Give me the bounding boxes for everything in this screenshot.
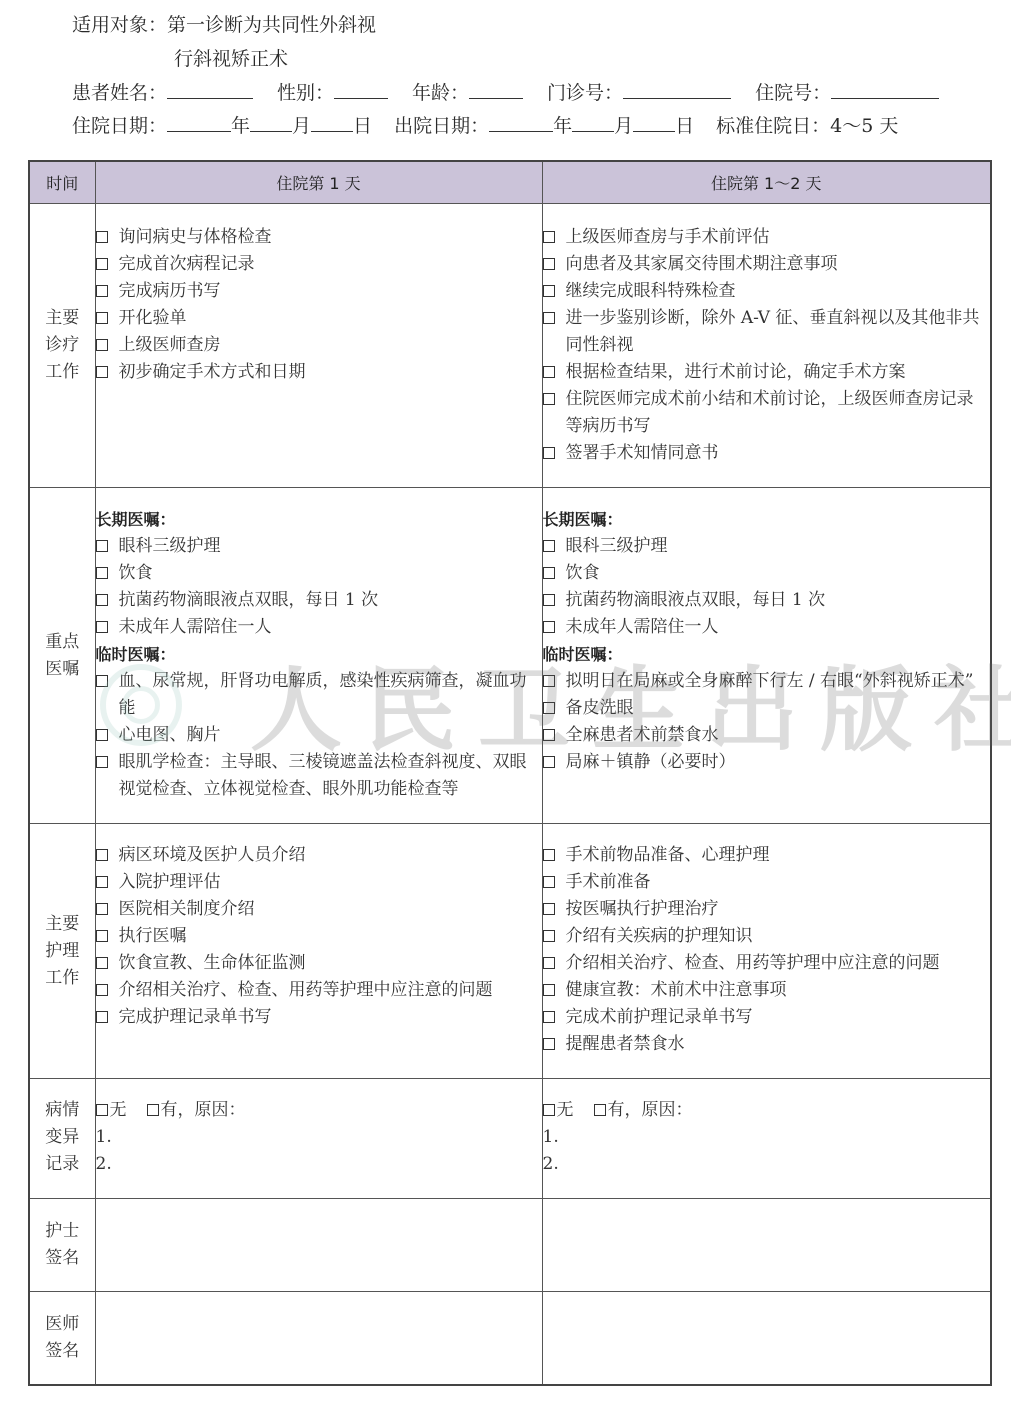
row-label-diagnosis: 主要诊疗工作: [29, 204, 95, 488]
discharge-day-field[interactable]: [633, 113, 675, 132]
standard-stay-label: 标准住院日：: [716, 115, 830, 137]
checklist-item[interactable]: 执行医嘱: [96, 923, 542, 950]
discharge-date-label: 出院日期：: [394, 115, 489, 137]
variance-line-2[interactable]: 2.: [543, 1151, 991, 1178]
checkbox-icon[interactable]: [543, 930, 555, 942]
checkbox-icon[interactable]: [543, 876, 555, 888]
checkbox-icon[interactable]: [543, 231, 555, 243]
checkbox-icon[interactable]: [543, 849, 555, 861]
checkbox-icon[interactable]: [96, 312, 108, 324]
year-label: 年: [231, 115, 250, 137]
checklist-item[interactable]: 全麻患者术前禁食水: [543, 722, 991, 749]
checkbox-icon[interactable]: [96, 903, 108, 915]
checkbox-icon[interactable]: [543, 729, 555, 741]
checklist-item[interactable]: 医院相关制度介绍: [96, 896, 542, 923]
temporary-orders-heading: 临时医嘱：: [543, 641, 991, 668]
checkbox-icon[interactable]: [96, 285, 108, 297]
checklist-item[interactable]: 入院护理评估: [96, 869, 542, 896]
checklist-item[interactable]: 初步确定手术方式和日期: [96, 359, 542, 386]
checklist-item[interactable]: 病区环境及医护人员介绍: [96, 842, 542, 869]
checklist-item[interactable]: 饮食: [543, 560, 991, 587]
checkbox-icon[interactable]: [96, 540, 108, 552]
row-nurse-sign: 护士签名: [29, 1199, 991, 1292]
applicable-value: 第一诊断为共同性外斜视: [167, 14, 376, 36]
checkbox-icon[interactable]: [543, 285, 555, 297]
checkbox-icon[interactable]: [96, 729, 108, 741]
row-orders: 重点医嘱 长期医嘱： 眼科三级护理 饮食 抗菌药物滴眼液点双眼，每日 1 次 未…: [29, 488, 991, 824]
checklist-item[interactable]: 根据检查结果，进行术前讨论，确定手术方案: [543, 359, 991, 386]
inpatient-no-label: 住院号：: [755, 82, 831, 104]
checklist-item[interactable]: 住院医师完成术前小结和术前讨论，上级医师查房记录等病历书写: [543, 386, 991, 440]
checkbox-icon[interactable]: [96, 231, 108, 243]
admission-day-field[interactable]: [311, 113, 353, 132]
applicable-value-cont: 行斜视矫正术: [174, 48, 288, 70]
checklist-item[interactable]: 健康宣教：术前术中注意事项: [543, 977, 991, 1004]
row-label-orders: 重点医嘱: [29, 488, 95, 824]
patient-info-line: 患者姓名：性别：年龄：门诊号：住院号：: [72, 80, 939, 107]
dates-line: 住院日期：年月日出院日期：年月日标准住院日：4～5 天: [72, 113, 898, 140]
checkbox-icon[interactable]: [96, 1011, 108, 1023]
checklist-item[interactable]: 上级医师查房与手术前评估: [543, 224, 991, 251]
checkbox-icon[interactable]: [543, 594, 555, 606]
gender-field[interactable]: [334, 80, 388, 99]
variance-line-1[interactable]: 1.: [543, 1124, 991, 1151]
checkbox-icon[interactable]: [543, 393, 555, 405]
variance-line-1[interactable]: 1.: [96, 1124, 542, 1151]
doctor-sign-day1-field[interactable]: [95, 1292, 542, 1385]
checkbox-icon[interactable]: [96, 849, 108, 861]
diagnosis-day2: 上级医师查房与手术前评估 向患者及其家属交待围术期注意事项 继续完成眼科特殊检查…: [542, 204, 991, 488]
outpatient-no-label: 门诊号：: [547, 82, 623, 104]
table-header-row: 时间 住院第 1 天 住院第 1～2 天: [29, 161, 991, 204]
month-label: 月: [292, 115, 311, 137]
row-variance: 病情变异记录 无有，原因： 1. 2. 无有，原因： 1. 2.: [29, 1079, 991, 1199]
nurse-sign-day2-field[interactable]: [542, 1199, 991, 1292]
checkbox-icon[interactable]: [543, 567, 555, 579]
checklist-item[interactable]: 饮食宣教、生命体征监测: [96, 950, 542, 977]
checkbox-icon[interactable]: [543, 675, 555, 687]
checklist-item[interactable]: 按医嘱执行护理治疗: [543, 896, 991, 923]
day-label: 日: [353, 115, 372, 137]
checklist-item[interactable]: 备皮洗眼: [543, 695, 991, 722]
checklist-item[interactable]: 签署手术知情同意书: [543, 440, 991, 467]
checkbox-icon[interactable]: [543, 366, 555, 378]
variance-day2: 无有，原因： 1. 2.: [542, 1079, 991, 1199]
year-label: 年: [553, 115, 572, 137]
patient-name-label: 患者姓名：: [72, 82, 167, 104]
variance-options: 无有，原因：: [543, 1097, 991, 1124]
outpatient-no-field[interactable]: [623, 80, 731, 99]
checklist-item[interactable]: 提醒患者禁食水: [543, 1031, 991, 1058]
nurse-sign-day1-field[interactable]: [95, 1199, 542, 1292]
checklist-item[interactable]: 局麻＋镇静（必要时）: [543, 749, 991, 776]
yes-reason-label: 有，原因：: [608, 1100, 693, 1120]
checklist-item[interactable]: 介绍相关治疗、检查、用药等护理中应注意的问题: [96, 977, 542, 1004]
none-label: 无: [557, 1100, 574, 1120]
variance-line-2[interactable]: 2.: [96, 1151, 542, 1178]
standard-stay-value: 4～5 天: [830, 115, 898, 137]
checkbox-icon[interactable]: [96, 756, 108, 768]
admission-month-field[interactable]: [250, 113, 292, 132]
checklist-item[interactable]: 拟明日在局麻或全身麻醉下行左 / 右眼“外斜视矫正术”: [543, 668, 991, 695]
checklist-item[interactable]: 完成病历书写: [96, 278, 542, 305]
checkbox-icon[interactable]: [543, 702, 555, 714]
variance-day1: 无有，原因： 1. 2.: [95, 1079, 542, 1199]
month-label: 月: [614, 115, 633, 137]
long-term-orders-heading: 长期医嘱：: [96, 506, 542, 533]
row-label-nurse-sign: 护士签名: [29, 1199, 95, 1292]
gender-label: 性别：: [277, 82, 334, 104]
checklist-item[interactable]: 完成首次病程记录: [96, 251, 542, 278]
checklist-item[interactable]: 完成术前护理记录单书写: [543, 1004, 991, 1031]
checkbox-icon[interactable]: [543, 957, 555, 969]
checkbox-icon[interactable]: [543, 1038, 555, 1050]
checkbox-icon[interactable]: [543, 984, 555, 996]
day-label: 日: [675, 115, 694, 137]
checklist-item[interactable]: 继续完成眼科特殊检查: [543, 278, 991, 305]
diagnosis-day1: 询问病史与体格检查 完成首次病程记录 完成病历书写 开化验单 上级医师查房 初步…: [95, 204, 542, 488]
checklist-item[interactable]: 抗菌药物滴眼液点双眼，每日 1 次: [543, 587, 991, 614]
checklist-item[interactable]: 介绍有关疾病的护理知识: [543, 923, 991, 950]
age-label: 年龄：: [412, 82, 469, 104]
checkbox-yes[interactable]: [594, 1104, 606, 1116]
checkbox-icon[interactable]: [543, 540, 555, 552]
row-label-variance: 病情变异记录: [29, 1079, 95, 1199]
row-label-nursing: 主要护理工作: [29, 824, 95, 1079]
checklist-item[interactable]: 眼肌学检查：主导眼、三棱镜遮盖法检查斜视度、双眼视觉检查、立体视觉检查、眼外肌功…: [96, 749, 542, 803]
checklist-item[interactable]: 未成年人需陪住一人: [96, 614, 542, 641]
variance-options: 无有，原因：: [96, 1097, 542, 1124]
admission-date-label: 住院日期：: [72, 115, 167, 137]
checkbox-icon[interactable]: [543, 1011, 555, 1023]
row-label-doctor-sign: 医师签名: [29, 1292, 95, 1385]
row-doctor-sign: 医师签名: [29, 1292, 991, 1385]
checkbox-icon[interactable]: [96, 930, 108, 942]
discharge-month-field[interactable]: [572, 113, 614, 132]
checklist-item[interactable]: 未成年人需陪住一人: [543, 614, 991, 641]
checklist-item[interactable]: 眼科三级护理: [96, 533, 542, 560]
long-term-orders-heading: 长期医嘱：: [543, 506, 991, 533]
checkbox-none[interactable]: [96, 1104, 108, 1116]
discharge-year-field[interactable]: [489, 113, 553, 132]
checkbox-none[interactable]: [543, 1104, 555, 1116]
checklist-item[interactable]: 完成护理记录单书写: [96, 1004, 542, 1031]
checklist-item[interactable]: 抗菌药物滴眼液点双眼，每日 1 次: [96, 587, 542, 614]
admission-year-field[interactable]: [167, 113, 231, 132]
checkbox-yes[interactable]: [147, 1104, 159, 1116]
col-header-day1: 住院第 1 天: [95, 161, 542, 204]
checkbox-icon[interactable]: [96, 876, 108, 888]
age-field[interactable]: [469, 80, 523, 99]
checkbox-icon[interactable]: [543, 312, 555, 324]
nursing-day1: 病区环境及医护人员介绍 入院护理评估 医院相关制度介绍 执行医嘱 饮食宣教、生命…: [95, 824, 542, 1079]
checklist-item[interactable]: 询问病史与体格检查: [96, 224, 542, 251]
nursing-day2: 手术前物品准备、心理护理 手术前准备 按医嘱执行护理治疗 介绍有关疾病的护理知识…: [542, 824, 991, 1079]
checklist-item[interactable]: 上级医师查房: [96, 332, 542, 359]
col-header-day1-2: 住院第 1～2 天: [542, 161, 991, 204]
checklist-item[interactable]: 手术前物品准备、心理护理: [543, 842, 991, 869]
checklist-item[interactable]: 心电图、胸片: [96, 722, 542, 749]
checklist-item[interactable]: 开化验单: [96, 305, 542, 332]
row-diagnosis: 主要诊疗工作 询问病史与体格检查 完成首次病程记录 完成病历书写 开化验单 上级…: [29, 204, 991, 488]
doctor-sign-day2-field[interactable]: [542, 1292, 991, 1385]
checkbox-icon[interactable]: [543, 621, 555, 633]
orders-day2: 长期医嘱： 眼科三级护理 饮食 抗菌药物滴眼液点双眼，每日 1 次 未成年人需陪…: [542, 488, 991, 824]
applicable-label: 适用对象：: [72, 14, 167, 36]
applicable-line-2: 行斜视矫正术: [174, 46, 288, 73]
row-nursing: 主要护理工作 病区环境及医护人员介绍 入院护理评估 医院相关制度介绍 执行医嘱 …: [29, 824, 991, 1079]
clinical-pathway-table: 时间 住院第 1 天 住院第 1～2 天 主要诊疗工作 询问病史与体格检查 完成…: [28, 160, 992, 1386]
checkbox-icon[interactable]: [543, 903, 555, 915]
checkbox-icon[interactable]: [543, 756, 555, 768]
inpatient-no-field[interactable]: [831, 80, 939, 99]
checkbox-icon[interactable]: [96, 366, 108, 378]
checkbox-icon[interactable]: [96, 567, 108, 579]
patient-name-field[interactable]: [167, 80, 253, 99]
temporary-orders-heading: 临时医嘱：: [96, 641, 542, 668]
checklist-item[interactable]: 眼科三级护理: [543, 533, 991, 560]
yes-reason-label: 有，原因：: [161, 1100, 246, 1120]
checklist-item[interactable]: 进一步鉴别诊断，除外 A-V 征、垂直斜视以及其他非共同性斜视: [543, 305, 991, 359]
checkbox-icon[interactable]: [96, 594, 108, 606]
checklist-item[interactable]: 手术前准备: [543, 869, 991, 896]
checkbox-icon[interactable]: [96, 984, 108, 996]
applicable-line-1: 适用对象：第一诊断为共同性外斜视: [72, 12, 376, 39]
col-header-time: 时间: [29, 161, 95, 204]
checklist-item[interactable]: 向患者及其家属交待围术期注意事项: [543, 251, 991, 278]
checklist-item[interactable]: 饮食: [96, 560, 542, 587]
checkbox-icon[interactable]: [96, 339, 108, 351]
checkbox-icon[interactable]: [543, 447, 555, 459]
checkbox-icon[interactable]: [96, 675, 108, 687]
checkbox-icon[interactable]: [96, 957, 108, 969]
orders-day1: 长期医嘱： 眼科三级护理 饮食 抗菌药物滴眼液点双眼，每日 1 次 未成年人需陪…: [95, 488, 542, 824]
checkbox-icon[interactable]: [96, 258, 108, 270]
checkbox-icon[interactable]: [543, 258, 555, 270]
checklist-item[interactable]: 介绍相关治疗、检查、用药等护理中应注意的问题: [543, 950, 991, 977]
none-label: 无: [110, 1100, 127, 1120]
checkbox-icon[interactable]: [96, 621, 108, 633]
checklist-item[interactable]: 血、尿常规，肝肾功电解质，感染性疾病筛查，凝血功能: [96, 668, 542, 722]
